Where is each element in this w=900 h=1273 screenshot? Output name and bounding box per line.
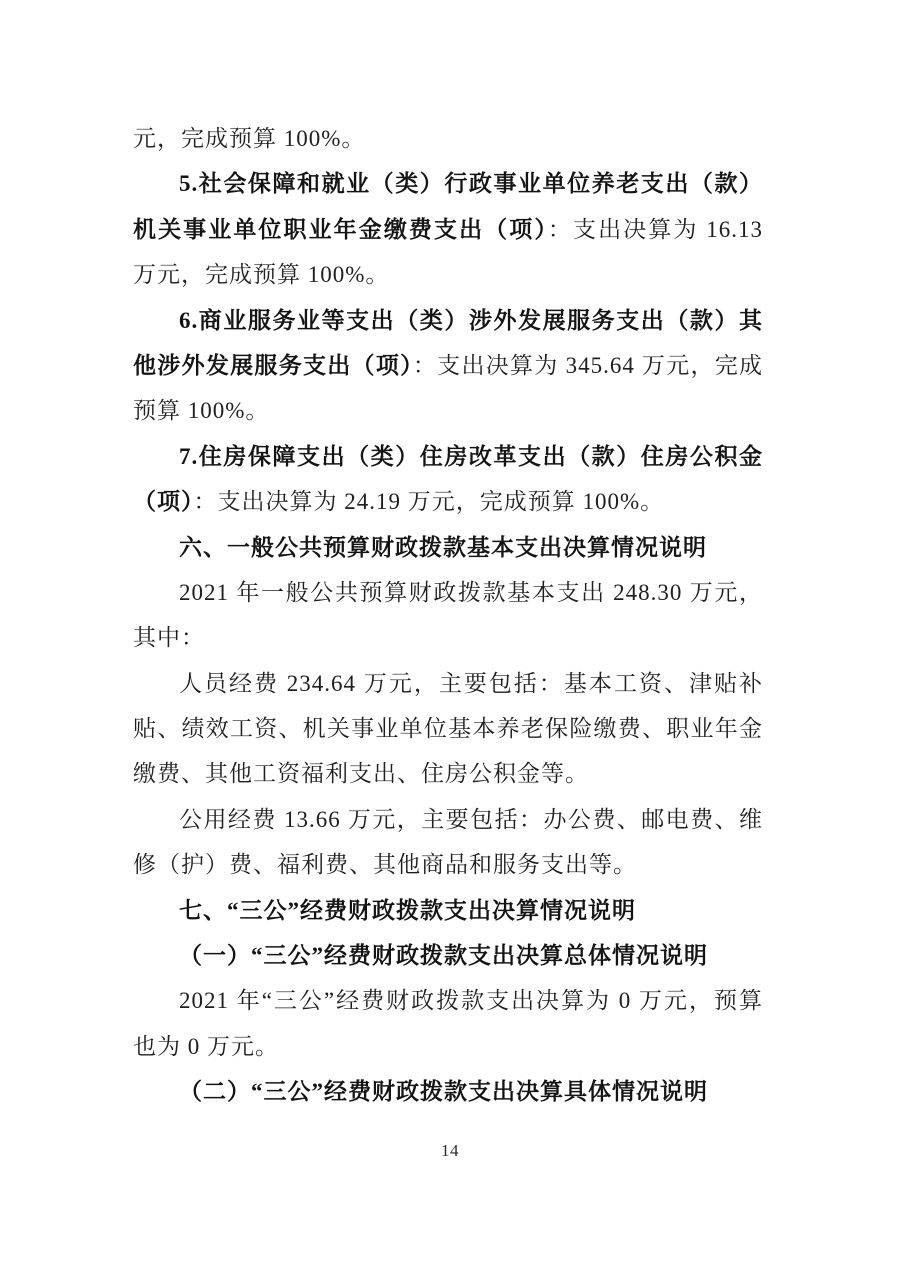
text-segment: 万元，完成预算 100%。 bbox=[133, 262, 389, 287]
bold-text-segment: 他涉外发展服务支出（项） bbox=[133, 353, 413, 378]
text-segment: 其中： bbox=[133, 625, 205, 650]
text-line-15: 缴费、其他工资福利支出、住房公积金等。 bbox=[133, 751, 763, 796]
bold-text-segment: 六、一般公共预算财政拨款基本支出决算情况说明 bbox=[179, 535, 707, 560]
text-segment: 2021 年一般公共预算财政拨款基本支出 248.30 万元， bbox=[179, 580, 763, 605]
bold-text-segment: 7.住房保障支出（类）住房改革支出（款）住房公积金 bbox=[179, 444, 763, 469]
text-segment: ：支出决算为 16.13 bbox=[548, 217, 763, 242]
page-number: 14 bbox=[0, 1141, 900, 1161]
text-segment: 修（护）费、福利费、其他商品和服务支出等。 bbox=[133, 852, 637, 877]
text-segment: 预算 100%。 bbox=[133, 398, 269, 423]
text-line-20: 2021 年“三公”经费财政拨款支出决算为 0 万元，预算 bbox=[133, 978, 763, 1023]
text-line-17: 修（护）费、福利费、其他商品和服务支出等。 bbox=[133, 842, 763, 887]
bold-text-segment: 6.商业服务业等支出（类）涉外发展服务支出（款）其 bbox=[179, 308, 763, 333]
text-line-19: （一）“三公”经费财政拨款支出决算总体情况说明 bbox=[133, 933, 763, 978]
text-line-14: 贴、绩效工资、机关事业单位基本养老保险缴费、职业年金 bbox=[133, 706, 763, 751]
text-line-3: 机关事业单位职业年金缴费支出（项）：支出决算为 16.13 bbox=[133, 207, 763, 252]
bold-text-segment: 5.社会保障和就业（类）行政事业单位养老支出（款） bbox=[179, 171, 763, 196]
text-line-16: 公用经费 13.66 万元，主要包括：办公费、邮电费、维 bbox=[133, 797, 763, 842]
text-segment: 缴费、其他工资福利支出、住房公积金等。 bbox=[133, 761, 589, 786]
text-line-9: （项）：支出决算为 24.19 万元，完成预算 100%。 bbox=[133, 479, 763, 524]
text-segment: ：支出决算为 345.64 万元，完成 bbox=[413, 353, 763, 378]
text-line-22: （二）“三公”经费财政拨款支出决算具体情况说明 bbox=[133, 1069, 763, 1114]
text-line-11: 2021 年一般公共预算财政拨款基本支出 248.30 万元， bbox=[133, 570, 763, 615]
text-line-10: 六、一般公共预算财政拨款基本支出决算情况说明 bbox=[133, 525, 763, 570]
text-segment: ：支出决算为 24.19 万元，完成预算 100%。 bbox=[194, 489, 665, 514]
text-segment: 贴、绩效工资、机关事业单位基本养老保险缴费、职业年金 bbox=[133, 716, 763, 741]
text-line-7: 预算 100%。 bbox=[133, 388, 763, 433]
text-line-12: 其中： bbox=[133, 615, 763, 660]
text-line-21: 也为 0 万元。 bbox=[133, 1024, 763, 1069]
bold-text-segment: （一）“三公”经费财政拨款支出决算总体情况说明 bbox=[179, 943, 708, 968]
bold-text-segment: 机关事业单位职业年金缴费支出（项） bbox=[133, 217, 548, 242]
text-line-4: 万元，完成预算 100%。 bbox=[133, 252, 763, 297]
text-line-13: 人员经费 234.64 万元，主要包括：基本工资、津贴补 bbox=[133, 661, 763, 706]
text-line-6: 他涉外发展服务支出（项）：支出决算为 345.64 万元，完成 bbox=[133, 343, 763, 388]
bold-text-segment: （项） bbox=[133, 489, 194, 514]
text-line-1: 元，完成预算 100%。 bbox=[133, 116, 763, 161]
bold-text-segment: （二）“三公”经费财政拨款支出决算具体情况说明 bbox=[179, 1079, 708, 1104]
text-line-8: 7.住房保障支出（类）住房改革支出（款）住房公积金 bbox=[133, 434, 763, 479]
text-segment: 公用经费 13.66 万元，主要包括：办公费、邮电费、维 bbox=[179, 807, 763, 832]
document-body: 元，完成预算 100%。5.社会保障和就业（类）行政事业单位养老支出（款）机关事… bbox=[133, 116, 763, 1115]
text-segment: 2021 年“三公”经费财政拨款支出决算为 0 万元，预算 bbox=[179, 988, 763, 1013]
text-line-18: 七、“三公”经费财政拨款支出决算情况说明 bbox=[133, 888, 763, 933]
text-line-2: 5.社会保障和就业（类）行政事业单位养老支出（款） bbox=[133, 161, 763, 206]
document-page: 元，完成预算 100%。5.社会保障和就业（类）行政事业单位养老支出（款）机关事… bbox=[0, 0, 900, 1273]
text-segment: 人员经费 234.64 万元，主要包括：基本工资、津贴补 bbox=[179, 671, 763, 696]
bold-text-segment: 七、“三公”经费财政拨款支出决算情况说明 bbox=[179, 898, 636, 923]
text-line-5: 6.商业服务业等支出（类）涉外发展服务支出（款）其 bbox=[133, 298, 763, 343]
text-segment: 也为 0 万元。 bbox=[133, 1034, 279, 1059]
text-segment: 元，完成预算 100%。 bbox=[133, 126, 365, 151]
